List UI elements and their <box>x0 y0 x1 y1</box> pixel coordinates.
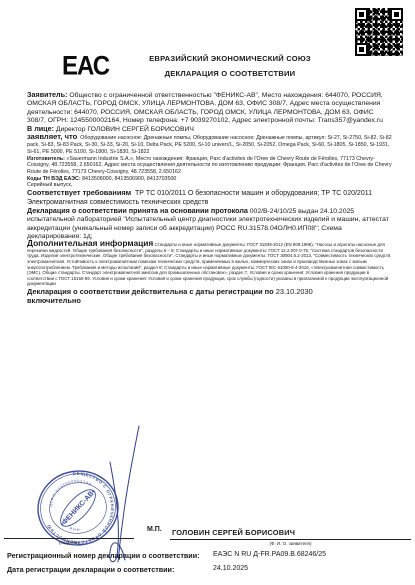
validity-paragraph: Декларация о соответствии действительна … <box>27 287 393 305</box>
tnved-codes: 8413508000, 8413506900, 8413703500 <box>82 176 176 182</box>
product-description: Оборудование насосное: Дренажные помпы, … <box>27 135 392 154</box>
validity-date: 23.10.2030 <box>276 287 313 296</box>
additional-label: Дополнительная информация <box>27 238 153 248</box>
union-title: ЕВРАЗИЙСКИЙ ЭКОНОМИЧЕСКИЙ СОЮЗ <box>65 54 395 63</box>
document-header: ЕВРАЗИЙСКИЙ ЭКОНОМИЧЕСКИЙ СОЮЗ ДЕКЛАРАЦИ… <box>65 54 395 78</box>
manufacturer-text: «Sauermann Industrie S.A.», Место нахожд… <box>27 156 392 175</box>
qr-code <box>355 8 403 56</box>
applicant-person: В лице: Директор ГОЛОВИН СЕРГЕЙ БОРИСОВИ… <box>27 125 393 134</box>
applicant-text: Общество с ограниченной ответственностью… <box>27 92 383 124</box>
registration-number-label: Регистрационный номер декларации о соотв… <box>7 551 200 560</box>
basis-paragraph: Декларация о соответствии принята на осн… <box>27 207 393 241</box>
registration-number-row: Регистрационный номер декларации о соотв… <box>7 551 407 560</box>
validity-label: Декларация о соответствии действительна … <box>27 287 274 296</box>
stamp-place-label: М.П. <box>147 526 162 533</box>
basis-label: Декларация о соответствии принята на осн… <box>27 206 248 215</box>
qr-finder-icon <box>355 8 368 21</box>
stamp-company-name: •ФЕНИКС-АВ• <box>59 487 98 528</box>
declaration-document: ЕАС ЕВРАЗИЙСКИЙ ЭКОНОМИЧЕСКИЙ СОЮЗ ДЕКЛА… <box>0 0 415 585</box>
qr-finder-icon <box>390 8 403 21</box>
name-line <box>170 539 411 540</box>
registration-date-value: 24.10.2025 <box>213 565 248 572</box>
compliance-paragraph: Соответствует требованиям ТР ТС 010/2011… <box>27 189 393 207</box>
product-paragraph: заявляет, что Оборудование насосное: Дре… <box>27 134 393 189</box>
document-body: Заявитель: Общество с ограниченной ответ… <box>27 91 393 305</box>
manufacturer-label: Изготовитель: <box>27 156 65 162</box>
registration-date-row: Дата регистрации декларации о соответств… <box>7 565 407 574</box>
declares-label: заявляет, что <box>27 132 77 141</box>
additional-text: Стандарты и иные нормативные документы: … <box>27 242 390 286</box>
validity-suffix: включительно <box>27 296 393 305</box>
tnved-label: Коды ТН ВЭД ЕАЭС: <box>27 176 81 182</box>
complies-label: Соответствует требованиям <box>27 188 131 197</box>
signature-line <box>4 538 134 539</box>
document-title: ДЕКЛАРАЦИЯ О СООТВЕТСТВИИ <box>65 69 395 78</box>
name-caption: (Ф. И. О. заявителя) <box>170 541 411 546</box>
applicant-label: Заявитель: <box>27 90 67 99</box>
additional-info-paragraph: Дополнительная информация Стандарты и ин… <box>27 241 393 287</box>
declarant-name: ГОЛОВИН СЕРГЕЙ БОРИСОВИЧ <box>172 528 295 537</box>
signature-caption: (подпись) <box>4 540 134 545</box>
applicant-paragraph: Заявитель: Общество с ограниченной ответ… <box>27 91 393 125</box>
registration-number-value: ЕАЭС N RU Д-FR.РА09.В.68246/25 <box>213 551 326 558</box>
registration-date-label: Дата регистрации декларации о соответств… <box>7 565 174 574</box>
